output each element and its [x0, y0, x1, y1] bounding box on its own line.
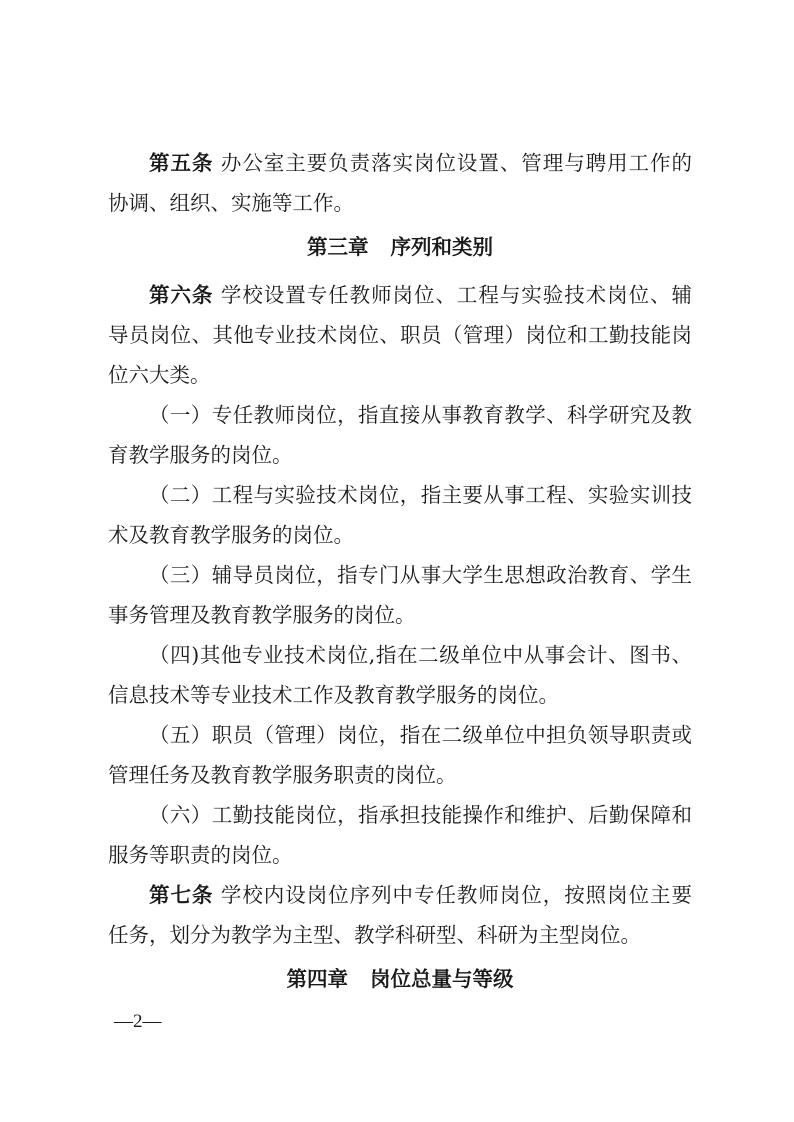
article-6: 第六条 学校设置专任教师岗位、工程与实验技术岗位、辅 导员岗位、其他专业技术岗位… [108, 275, 692, 395]
text-line: 育教学服务的岗位。 [108, 435, 692, 475]
text-line: 信息技术等专业技术工作及教育教学服务的岗位。 [108, 675, 692, 715]
text-line: 服务等职责的岗位。 [108, 835, 692, 875]
text-line: （六）工勤技能岗位，指承担技能操作和维护、后勤保障和 [108, 795, 692, 835]
chapter-heading: 第三章序列和类别 [108, 223, 692, 275]
text-line: （五）职员（管理）岗位，指在二级单位中担负领导职责或 [108, 715, 692, 755]
item-3: （三）辅导员岗位，指专门从事大学生思想政治教育、学生 事务管理及教育教学服务的岗… [108, 555, 692, 635]
text-line: 任务，划分为教学为主型、教学科研型、科研为主型岗位。 [108, 915, 692, 955]
item-2: （二）工程与实验技术岗位，指主要从事工程、实验实训技 术及教育教学服务的岗位。 [108, 475, 692, 555]
item-5: （五）职员（管理）岗位，指在二级单位中担负领导职责或 管理任务及教育教学服务职责… [108, 715, 692, 795]
chapter-heading: 第四章岗位总量与等级 [108, 955, 692, 1007]
text-line: 第五条 办公室主要负责落实岗位设置、管理与聘用工作的 [108, 143, 692, 183]
text-line: 位六大类。 [108, 355, 692, 395]
article-label: 第七条 [149, 883, 213, 907]
item-1: （一）专任教师岗位，指直接从事教育教学、科学研究及教 育教学服务的岗位。 [108, 395, 692, 475]
item-4: （四)其他专业技术岗位,指在二级单位中从事会计、图书、 信息技术等专业技术工作及… [108, 635, 692, 715]
text-line: 第七条 学校内设岗位序列中专任教师岗位，按照岗位主要 [108, 875, 692, 915]
text-line: 术及教育教学服务的岗位。 [108, 515, 692, 555]
document-body: 第五条 办公室主要负责落实岗位设置、管理与聘用工作的 协调、组织、实施等工作。 … [108, 143, 692, 1007]
text-line: 事务管理及教育教学服务的岗位。 [108, 595, 692, 635]
article-label: 第六条 [149, 283, 213, 307]
text-line: （二）工程与实验技术岗位，指主要从事工程、实验实训技 [108, 475, 692, 515]
text-line: 管理任务及教育教学服务职责的岗位。 [108, 755, 692, 795]
text-line: 第六条 学校设置专任教师岗位、工程与实验技术岗位、辅 [108, 275, 692, 315]
page-number: —2— [114, 1011, 162, 1033]
text-line: 协调、组织、实施等工作。 [108, 183, 692, 223]
text-line: （三）辅导员岗位，指专门从事大学生思想政治教育、学生 [108, 555, 692, 595]
text-line: （四)其他专业技术岗位,指在二级单位中从事会计、图书、 [108, 635, 692, 675]
article-label: 第五条 [149, 151, 213, 175]
article-5: 第五条 办公室主要负责落实岗位设置、管理与聘用工作的 协调、组织、实施等工作。 [108, 143, 692, 223]
article-7: 第七条 学校内设岗位序列中专任教师岗位，按照岗位主要 任务，划分为教学为主型、教… [108, 875, 692, 955]
text-line: 导员岗位、其他专业技术岗位、职员（管理）岗位和工勤技能岗 [108, 315, 692, 355]
text-line: （一）专任教师岗位，指直接从事教育教学、科学研究及教 [108, 395, 692, 435]
item-6: （六）工勤技能岗位，指承担技能操作和维护、后勤保障和 服务等职责的岗位。 [108, 795, 692, 875]
